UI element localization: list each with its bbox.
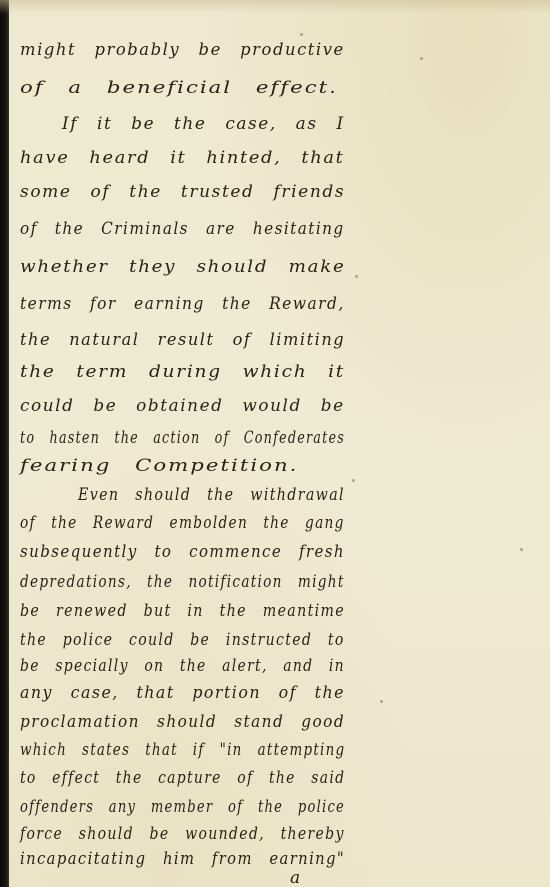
manuscript-line: terms for earning the Reward, [20, 294, 345, 314]
ink-speck [355, 275, 358, 278]
manuscript-line: to hasten the action of Confederates [20, 428, 345, 448]
manuscript-line: incapacitating him from earning" [20, 849, 345, 869]
manuscript-page: might probably be productive of a benefi… [0, 0, 550, 887]
binding-edge [0, 0, 9, 887]
manuscript-line: fearing Competition. [20, 456, 298, 476]
ink-speck [520, 548, 523, 551]
ink-speck [300, 33, 303, 36]
manuscript-line: If it be the case, as I [62, 114, 345, 134]
manuscript-line: force should be wounded, thereby [20, 824, 345, 844]
manuscript-line: could be obtained would be [20, 396, 345, 416]
manuscript-line: the natural result of limiting [20, 330, 345, 350]
manuscript-line: have heard it hinted, that [20, 148, 345, 168]
ink-speck [352, 479, 355, 482]
catchword: a [290, 868, 302, 887]
manuscript-line: subsequently to commence fresh [20, 542, 345, 562]
manuscript-line: the term during which it [20, 362, 345, 382]
manuscript-line: offenders any member of the police [20, 797, 345, 817]
manuscript-line: might probably be productive [20, 40, 345, 60]
manuscript-line: any case, that portion of the [20, 683, 345, 703]
manuscript-line: of the Criminals are hesitating [20, 219, 345, 239]
manuscript-line: proclamation should stand good [20, 712, 345, 732]
manuscript-line: some of the trusted friends [20, 182, 345, 202]
paper-stain [0, 0, 550, 14]
manuscript-line: be specially on the alert, and in [20, 656, 345, 676]
ink-speck [420, 57, 423, 60]
manuscript-line: the police could be instructed to [20, 630, 345, 650]
manuscript-line: of the Reward embolden the gang [20, 513, 345, 533]
manuscript-line: Even should the withdrawal [78, 485, 345, 505]
manuscript-line: of a beneficial effect. [20, 78, 338, 98]
manuscript-line: whether they should make [20, 257, 346, 277]
manuscript-line: depredations, the notification might [20, 572, 345, 592]
ink-speck [380, 700, 383, 703]
manuscript-line: be renewed but in the meantime [20, 601, 345, 621]
manuscript-line: which states that if "in attempting [20, 740, 345, 760]
manuscript-line: to effect the capture of the said [20, 768, 345, 788]
